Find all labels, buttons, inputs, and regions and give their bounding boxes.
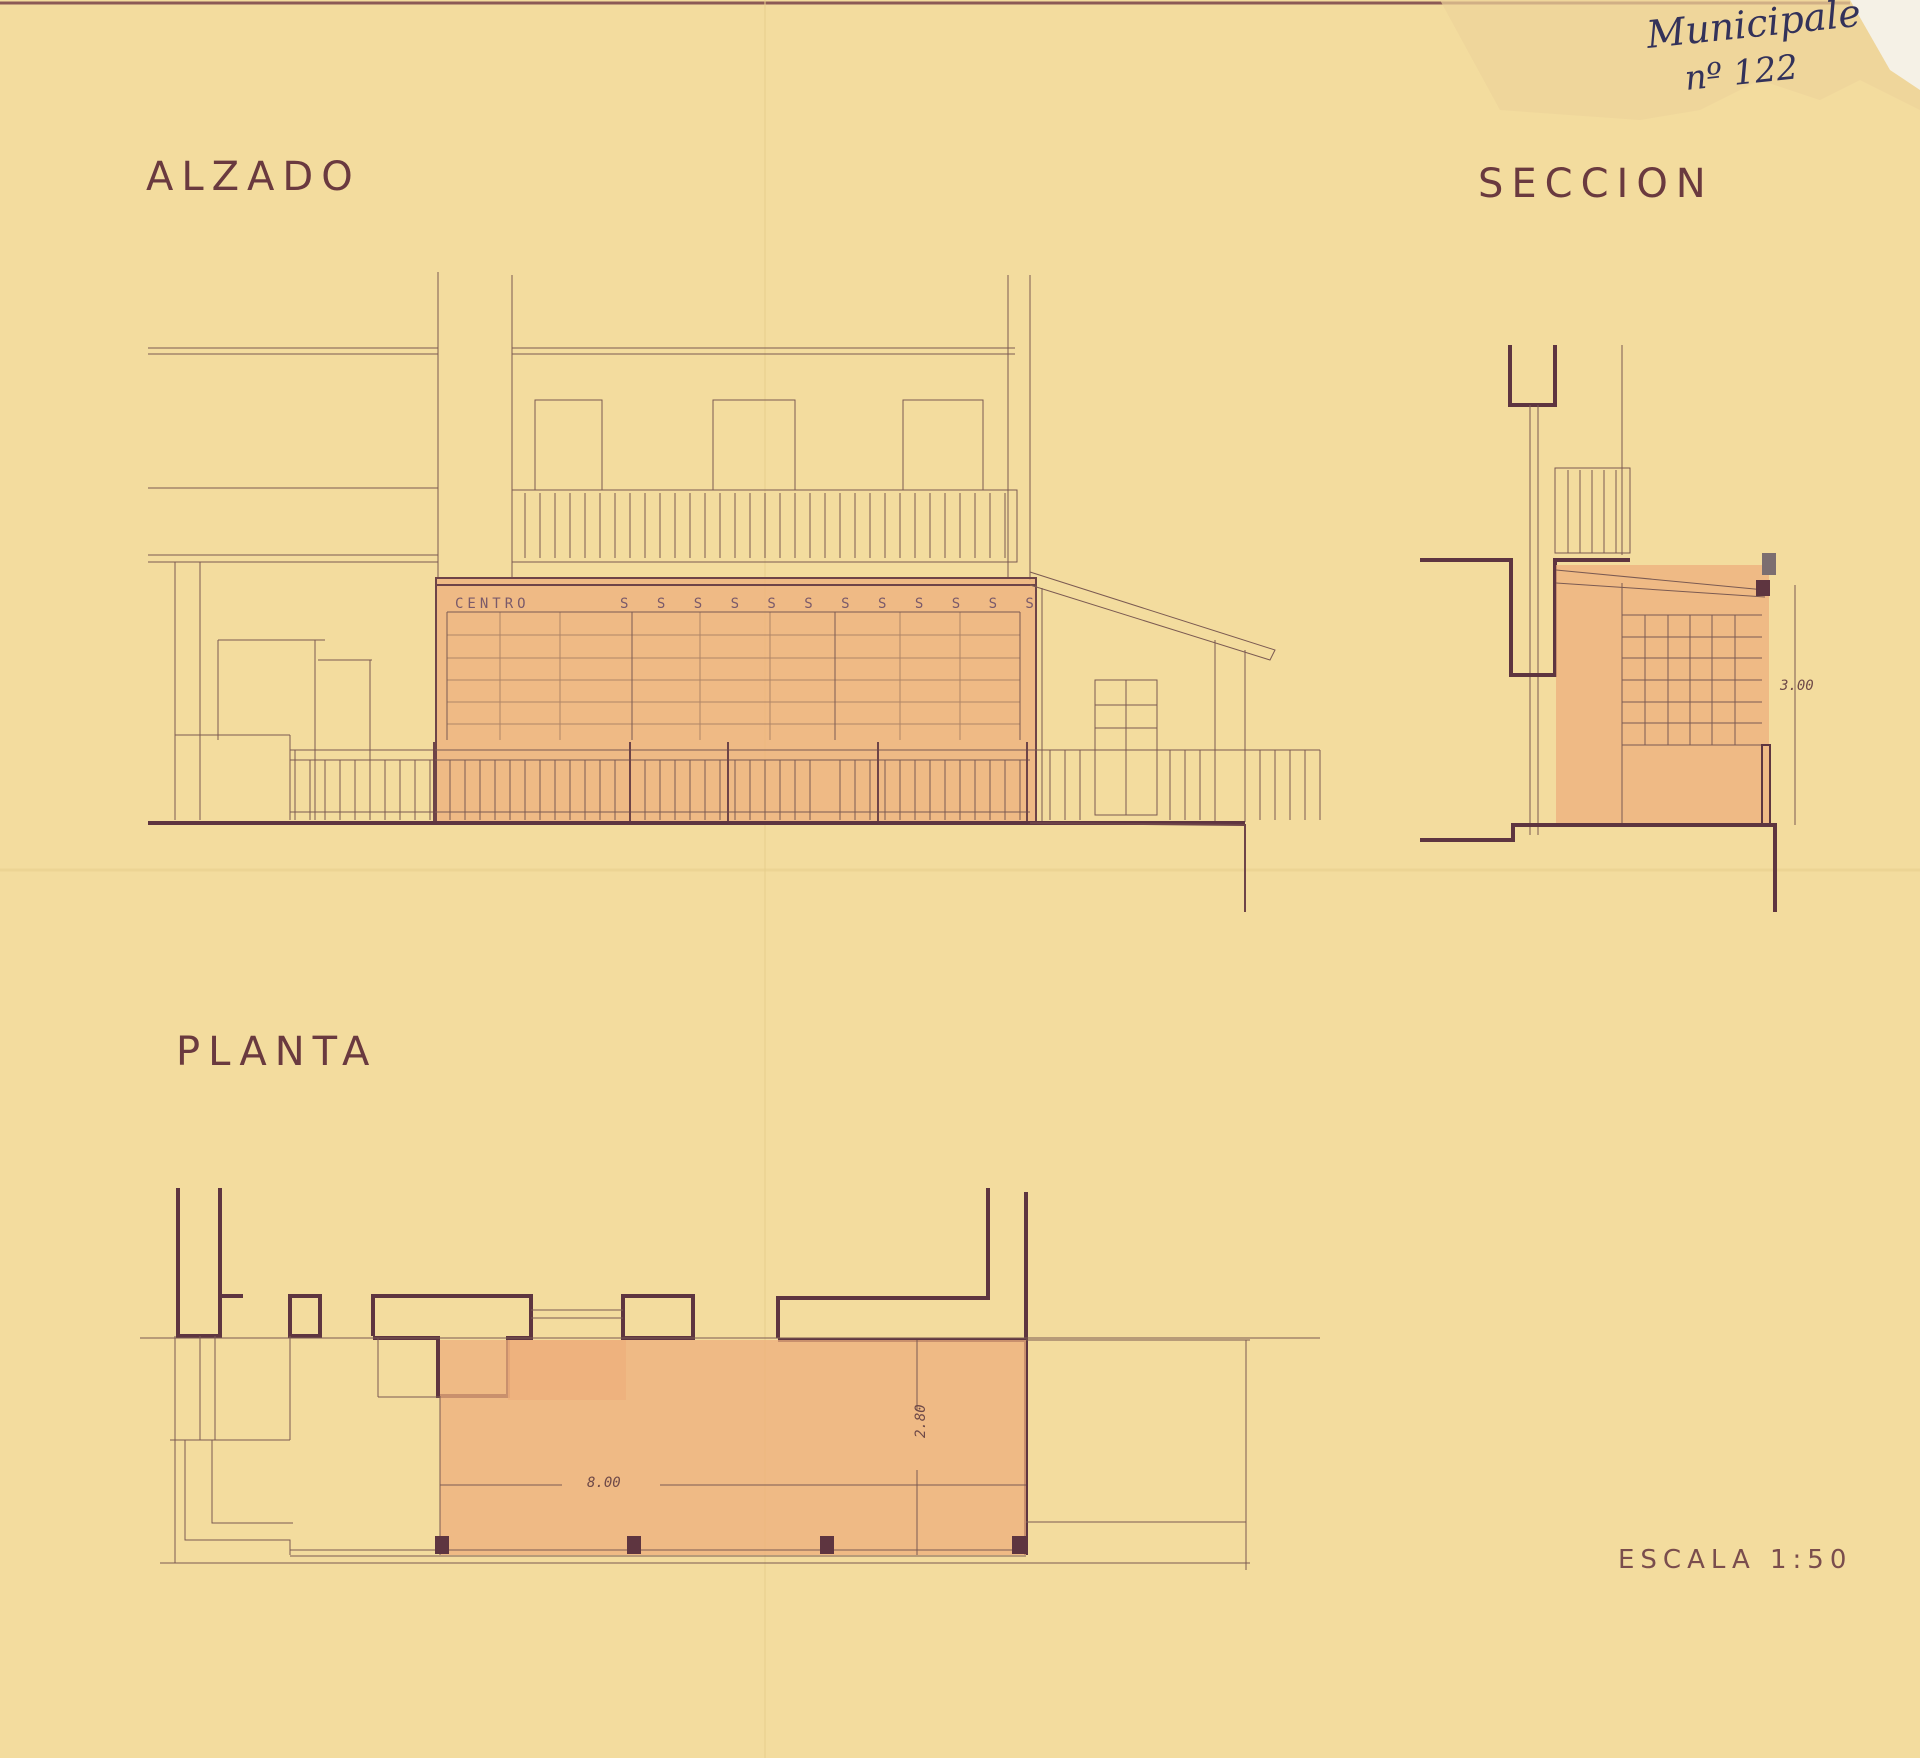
plan-depth-dimension: 2.80 — [913, 1404, 929, 1438]
plan-width-dimension: 8.00 — [587, 1475, 621, 1491]
kiosk-sign-ornament: S S S S S S S S S S S S — [620, 596, 1044, 612]
column-1 — [435, 1536, 449, 1554]
elevation-title: ALZADO — [146, 154, 361, 200]
column-3 — [820, 1536, 834, 1554]
kiosk-sign-text: CENTRO — [455, 596, 530, 612]
plan-title: PLANTA — [176, 1029, 377, 1075]
column-4 — [1012, 1536, 1026, 1554]
drawing-canvas: CENTRO S S S S S S S S S S S S — [0, 0, 1920, 1758]
scale-label: ESCALA 1:50 — [1618, 1545, 1852, 1575]
column-2 — [627, 1536, 641, 1554]
section-height-dimension: 3.00 — [1779, 678, 1814, 694]
section-title: SECCION — [1478, 161, 1714, 207]
architectural-drawing-sheet: CENTRO S S S S S S S S S S S S — [0, 0, 1920, 1758]
